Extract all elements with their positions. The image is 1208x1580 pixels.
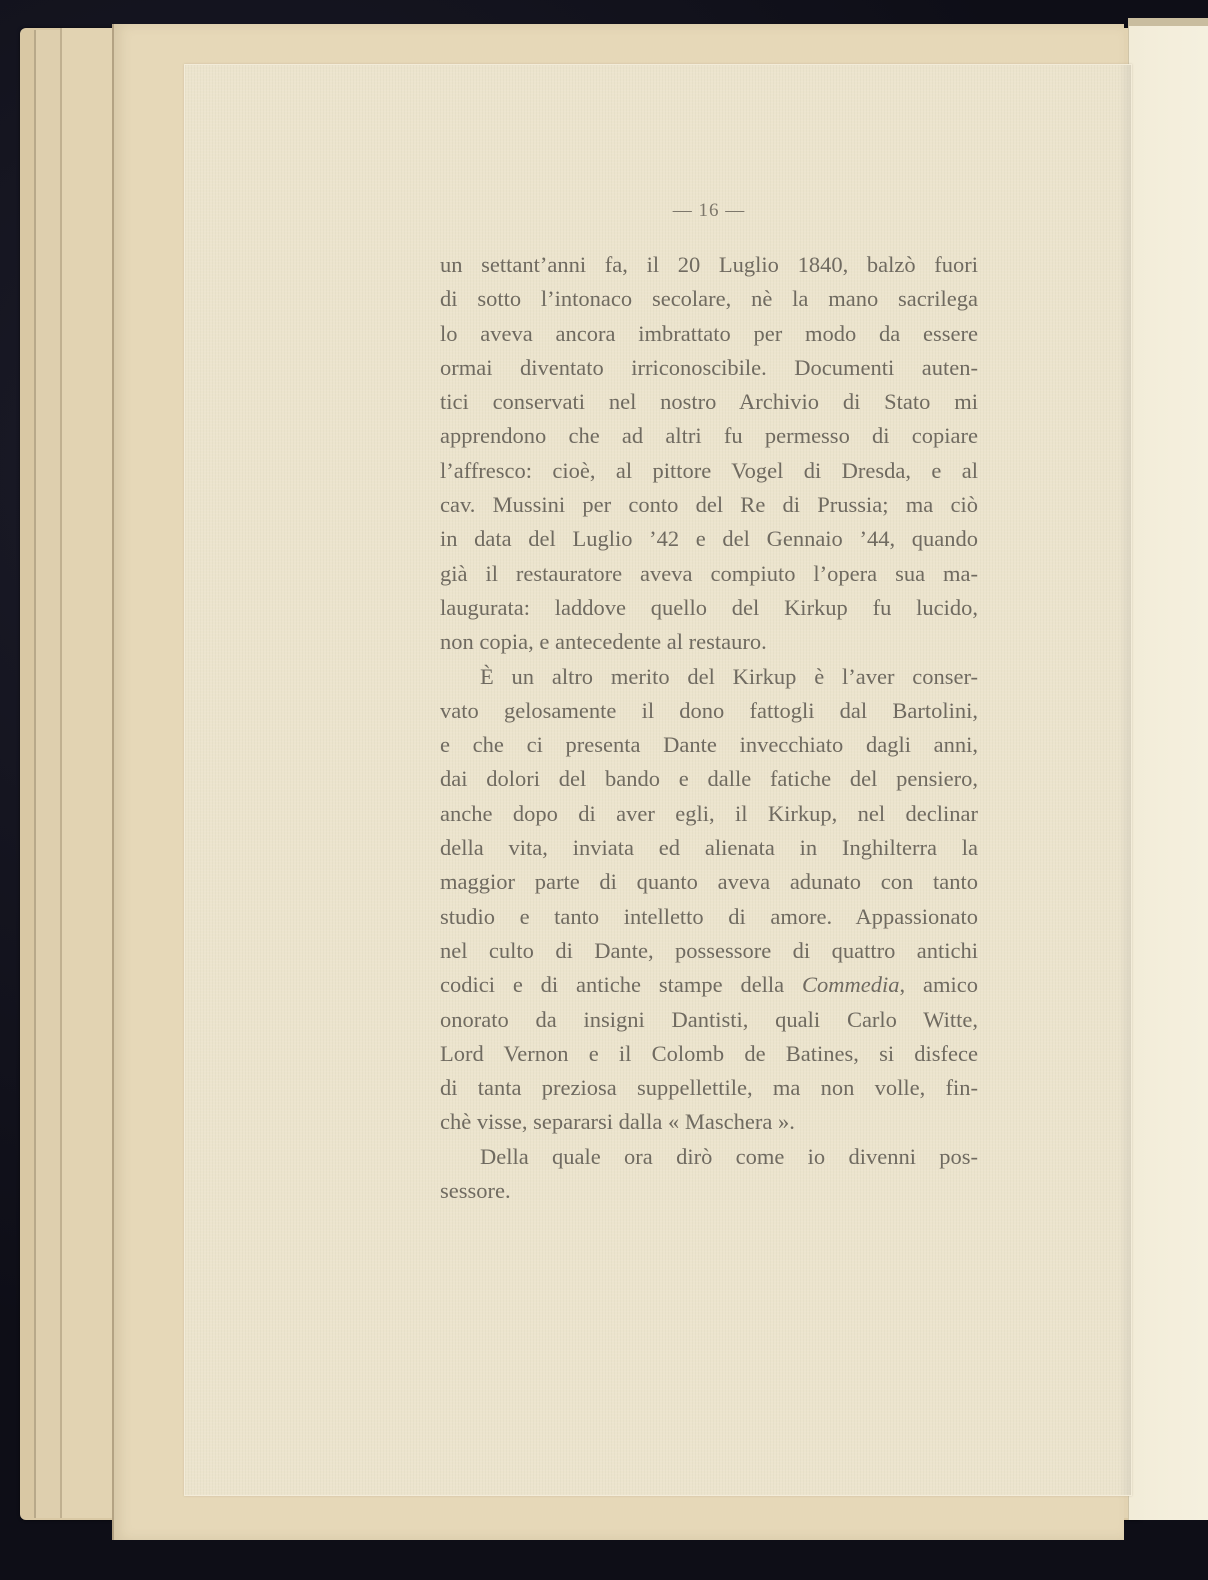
text-line: e che ci presenta Dante invecchiato dagl… bbox=[440, 728, 978, 762]
sheet-shadow bbox=[1119, 65, 1131, 1495]
text-line: della vita, inviata ed alienata in Inghi… bbox=[440, 831, 978, 865]
facing-page bbox=[1128, 26, 1208, 1520]
text-line: onorato da insigni Dantisti, quali Carlo… bbox=[440, 1003, 978, 1037]
text-line: in data del Luglio ’42 e del Gennaio ’44… bbox=[440, 522, 978, 556]
text-line: non copia, e antecedente al restauro. bbox=[440, 625, 978, 659]
text-line: sessore. bbox=[440, 1174, 978, 1208]
text-line: ormai diventato irriconoscibile. Documen… bbox=[440, 351, 978, 385]
text-line: laugurata: laddove quello del Kirkup fu … bbox=[440, 591, 978, 625]
text-line: l’affresco: cioè, al pittore Vogel di Dr… bbox=[440, 454, 978, 488]
text-line: apprendono che ad altri fu permesso di c… bbox=[440, 419, 978, 453]
text-line: cav. Mussini per conto del Re di Prussia… bbox=[440, 488, 978, 522]
text-line: già il restauratore aveva compiuto l’ope… bbox=[440, 557, 978, 591]
italic-title: Commedia bbox=[802, 972, 900, 997]
text-line: tici conservati nel nostro Archivio di S… bbox=[440, 385, 978, 419]
text-line: dai dolori del bando e dalle fatiche del… bbox=[440, 762, 978, 796]
text-line: maggior parte di quanto aveva adunato co… bbox=[440, 865, 978, 899]
text-line: nel culto di Dante, possessore di quattr… bbox=[440, 934, 978, 968]
text-line: vato gelosamente il dono fattogli dal Ba… bbox=[440, 694, 978, 728]
page-number: — 16 — bbox=[440, 200, 978, 222]
text-line: codici e di antiche stampe della Commedi… bbox=[440, 968, 978, 1002]
body-text: un settant’anni fa, il 20 Luglio 1840, b… bbox=[440, 248, 978, 1208]
text-line: Della quale ora dirò come io divenni pos… bbox=[440, 1140, 978, 1174]
text-line: Lord Vernon e il Colomb de Batines, si d… bbox=[440, 1037, 978, 1071]
text-line: un settant’anni fa, il 20 Luglio 1840, b… bbox=[440, 248, 978, 282]
text-line: studio e tanto intelletto di amore. Appa… bbox=[440, 900, 978, 934]
text-line: di tanta preziosa suppellettile, ma non … bbox=[440, 1071, 978, 1105]
text-line: anche dopo di aver egli, il Kirkup, nel … bbox=[440, 797, 978, 831]
text-line: chè visse, separarsi dalla « Maschera ». bbox=[440, 1105, 978, 1139]
text-line: lo aveva ancora imbrattato per modo da e… bbox=[440, 317, 978, 351]
text-line: È un altro merito del Kirkup è l’aver co… bbox=[440, 660, 978, 694]
text-line: di sotto l’intonaco secolare, nè la mano… bbox=[440, 282, 978, 316]
